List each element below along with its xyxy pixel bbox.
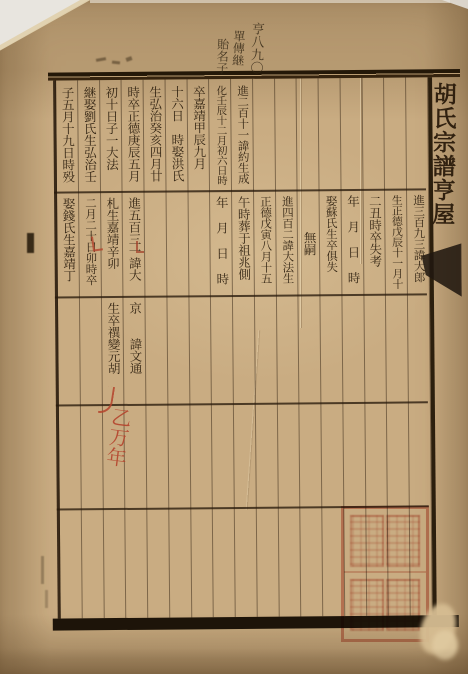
red-seal-stamp [341,506,429,642]
grid-cell: 進二百十一諱約生成 [230,85,251,186]
seal-glyph [386,515,420,567]
paper-sheet: 進二百十一諱約生成化壬辰十二月初六日時卒嘉靖甲辰九月十六日 時娶洪氏生弘治癸亥四… [0,0,468,674]
grid-cell: 生正德戊辰十一月十 [384,195,405,290]
handwritten-annotation: 貽名子 [213,38,232,89]
grid-cell: 十六日 時娶洪氏 [165,85,186,186]
grid-cell: 年月日時 [341,195,362,290]
grid-cell: 札生嘉靖辛卯 [100,197,121,292]
ink-smudge [27,233,34,253]
grid-cell: 正德戊寅八月十五 [253,196,274,291]
scanned-genealogy-page: 進二百十一諱約生成化壬辰十二月初六日時卒嘉靖甲辰九月十六日 時娶洪氏生弘治癸亥四… [0,0,468,674]
grid-cell: 進三百九三諱大郎 [406,194,427,289]
seal-glyph [350,579,384,631]
grid-cell: 時卒正德庚辰五月 [121,86,142,187]
grid-cell: 卒嘉靖甲辰九月 [186,85,207,186]
handwritten-annotation: 單傳継 [229,30,249,81]
seal-glyph [350,515,384,567]
grid-cell: 午時葬于祖兆側 [231,196,252,291]
bottom-shadow [0,648,468,674]
volume-title: 胡氏宗譜亨屋 [428,82,460,252]
grid-cell: 京 諱文通 [123,302,144,400]
bleed-through-mark [45,590,48,608]
grid-cell: 化壬辰十二月初六日時 [208,85,229,186]
grid-cell: 子五月十九日時殁 [55,86,76,187]
grid-cell: 娶蘇氏生卒俱失 [319,195,340,290]
bleed-through-mark [41,556,44,584]
grid-cell: 娶錢氏生嘉靖丁 [56,197,77,292]
grid-cell: 二丑時卒失考 [362,195,383,290]
grid-cell: 継娶劉氏生弘治壬 [77,86,98,187]
grid-cell: 初十日子一大法 [99,86,120,187]
grid-cell: 年月日時 [209,196,230,291]
red-bracket-mark [91,235,103,251]
red-bracket-mark [136,241,144,253]
grid-cell: 進四百二諱大法生 [275,195,296,290]
grid-cell: 生弘治癸亥四月廿 [143,86,164,187]
torn-edge-fibers [90,0,450,3]
seal-divider [344,571,426,573]
seal-glyph [386,579,420,631]
grid-cell: 無嗣 [297,231,317,290]
